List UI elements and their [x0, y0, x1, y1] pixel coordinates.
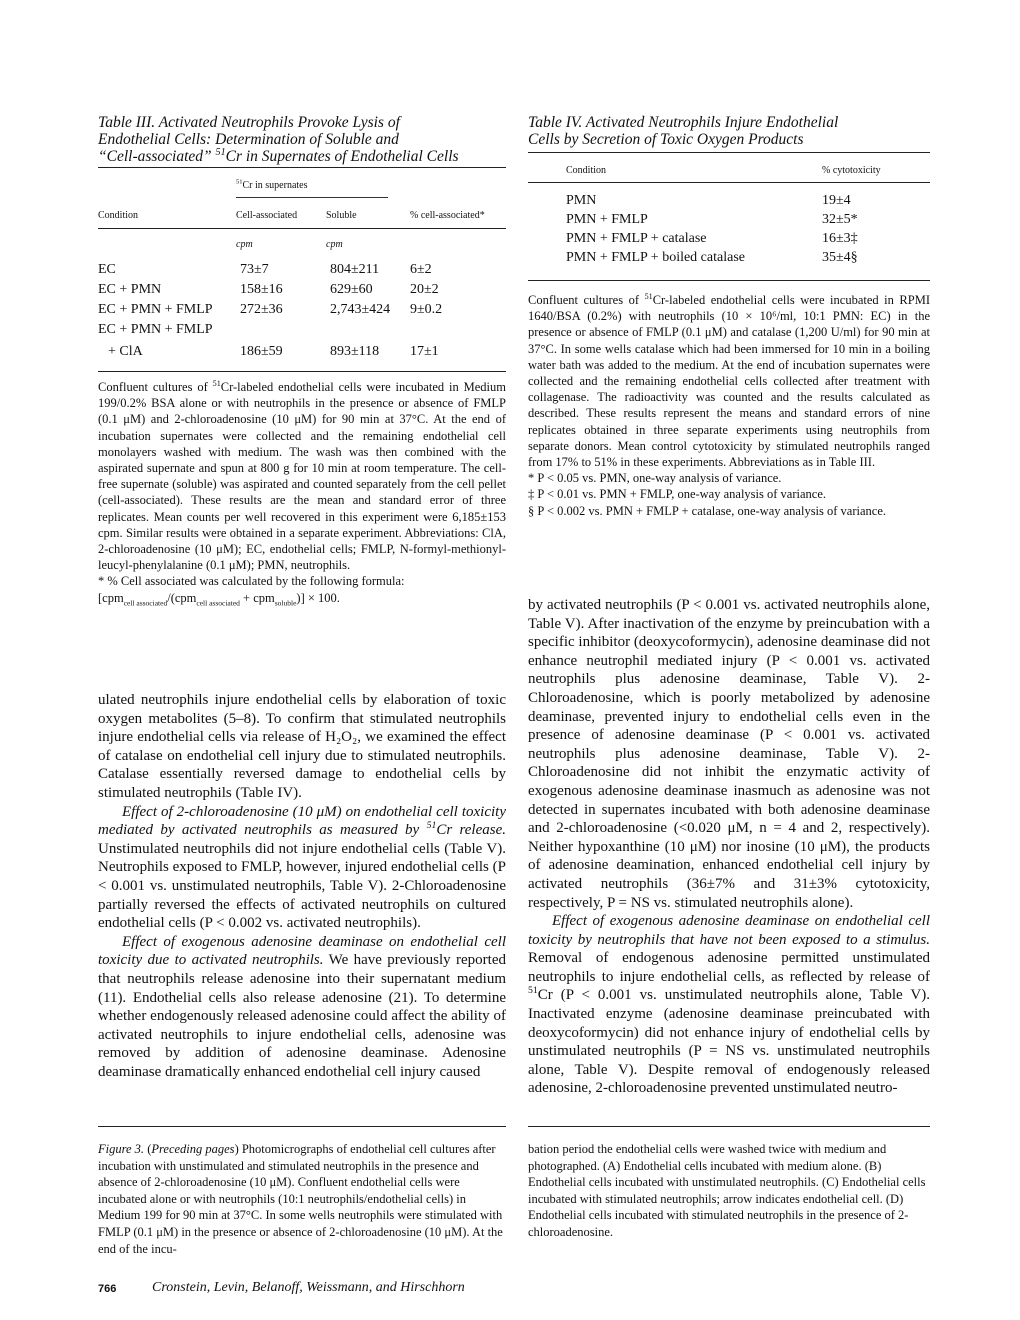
table-4-sig-note: § P < 0.002 vs. PMN + FMLP + catalase, o…	[528, 503, 930, 519]
table-3-cell-soluble: 893±118	[330, 344, 379, 360]
table-3-cell-condition: EC + PMN + FMLP	[98, 322, 213, 338]
table-4-header-condition: Condition	[566, 165, 606, 176]
table-3-cell-condition: + ClA	[108, 344, 143, 360]
table-4-title: Table IV. Activated Neutrophils Injure E…	[528, 114, 930, 148]
table-3-footnote-text: Confluent cultures of 51Cr-labeled endot…	[98, 379, 506, 573]
table-4-sig-note: * P < 0.05 vs. PMN, one-way analysis of …	[528, 470, 930, 486]
table-4-footnote: Confluent cultures of 51Cr-labeled endot…	[528, 292, 930, 519]
table-3-header-pct: % cell-associated*	[410, 210, 485, 221]
table-4-cell-condition: PMN + FMLP	[566, 212, 648, 228]
table-4-title-line: Cells by Secretion of Toxic Oxygen Produ…	[528, 131, 930, 148]
table-3-unit-cpm: cpm	[236, 239, 253, 250]
table-3-cell-soluble: 804±211	[330, 262, 379, 278]
table-3-cell-condition: EC	[98, 262, 116, 278]
page-number: 766	[98, 1283, 116, 1295]
table-3-bottom-rule	[98, 371, 506, 372]
table-4-header-cytotoxicity: % cytotoxicity	[822, 165, 881, 176]
table-3-cell-soluble: 2,743±424	[330, 302, 390, 318]
figure-caption-left: Figure 3. (Preceding pages) Photomicrogr…	[98, 1141, 506, 1257]
table-3-header-soluble: Soluble	[326, 210, 357, 221]
table-3-cell-cell-associated: 73±7	[240, 262, 269, 278]
table-3-spanner-rule	[236, 197, 388, 198]
table-4-cell-value: 32±5*	[822, 212, 858, 228]
body-text-left: ulated neutrophils injure endothelial ce…	[98, 691, 506, 1081]
table-4: Table IV. Activated Neutrophils Injure E…	[528, 114, 930, 148]
table-3-unit-cpm: cpm	[326, 239, 343, 250]
table-3-title-line: Table III. Activated Neutrophils Provoke…	[98, 114, 506, 131]
figure-caption-right: bation period the endothelial cells were…	[528, 1141, 930, 1241]
paragraph: Effect of exogenous adenosine deaminase …	[98, 933, 506, 1082]
table-3-cell-cell-associated: 272±36	[240, 302, 283, 318]
table-3-cell-cell-associated: 158±16	[240, 282, 283, 298]
table-4-bottom-rule	[528, 280, 930, 281]
table-4-cell-value: 16±3‡	[822, 231, 858, 247]
figure-label: Figure 3.	[98, 1142, 144, 1156]
section-heading: Effect of 2-chloroadenosine (10 μM) on e…	[98, 804, 506, 839]
table-3-top-rule	[98, 167, 506, 168]
table-3-cell-pct: 20±2	[410, 282, 439, 298]
table-3-cell-pct: 6±2	[410, 262, 432, 278]
table-4-cell-value: 19±4	[822, 193, 851, 209]
table-3-formula-note: * % Cell associated was calculated by th…	[98, 573, 506, 589]
caption-rule-right	[528, 1126, 930, 1127]
table-3-title: Table III. Activated Neutrophils Provoke…	[98, 114, 506, 165]
section-heading: Effect of exogenous adenosine deaminase …	[528, 913, 930, 948]
table-3-formula: [cpmcell associated/(cpmcell associated …	[98, 590, 506, 606]
table-3-header-cell-associated: Cell-associated	[236, 210, 297, 221]
table-3-cell-pct: 17±1	[410, 344, 439, 360]
table-4-cell-condition: PMN + FMLP + catalase	[566, 231, 707, 247]
table-3-title-line: “Cell-associated” 51Cr in Supernates of …	[98, 148, 506, 165]
caption-rule-left	[98, 1126, 506, 1127]
running-authors: Cronstein, Levin, Belanoff, Weissmann, a…	[152, 1280, 465, 1296]
table-4-header-rule	[528, 182, 930, 183]
table-4-cell-condition: PMN	[566, 193, 596, 209]
table-3-title-line: Endothelial Cells: Determination of Solu…	[98, 131, 506, 148]
table-4-footnote-text: Confluent cultures of 51Cr-labeled endot…	[528, 292, 930, 470]
table-3-header-condition: Condition	[98, 210, 138, 221]
paragraph: Effect of exogenous adenosine deaminase …	[528, 912, 930, 1098]
table-3-footnote: Confluent cultures of 51Cr-labeled endot…	[98, 379, 506, 606]
table-3-header-rule	[98, 228, 506, 229]
table-3-spanner: 51Cr in supernates	[236, 180, 308, 191]
table-3-cell-condition: EC + PMN	[98, 282, 161, 298]
paragraph: ulated neutrophils injure endothelial ce…	[98, 691, 506, 803]
paragraph: by activated neutrophils (P < 0.001 vs. …	[528, 596, 930, 912]
table-3-cell-soluble: 629±60	[330, 282, 373, 298]
table-4-cell-condition: PMN + FMLP + boiled catalase	[566, 250, 745, 266]
table-4-top-rule	[528, 152, 930, 153]
table-3: Table III. Activated Neutrophils Provoke…	[98, 114, 506, 165]
table-4-cell-value: 35±4§	[822, 250, 858, 266]
body-text-right: by activated neutrophils (P < 0.001 vs. …	[528, 596, 930, 1098]
table-3-cell-condition: EC + PMN + FMLP	[98, 302, 213, 318]
table-4-title-line: Table IV. Activated Neutrophils Injure E…	[528, 114, 930, 131]
table-3-cell-pct: 9±0.2	[410, 302, 442, 318]
paragraph: Effect of 2-chloroadenosine (10 μM) on e…	[98, 803, 506, 933]
table-3-cell-cell-associated: 186±59	[240, 344, 283, 360]
table-4-sig-note: ‡ P < 0.01 vs. PMN + FMLP, one-way analy…	[528, 486, 930, 502]
